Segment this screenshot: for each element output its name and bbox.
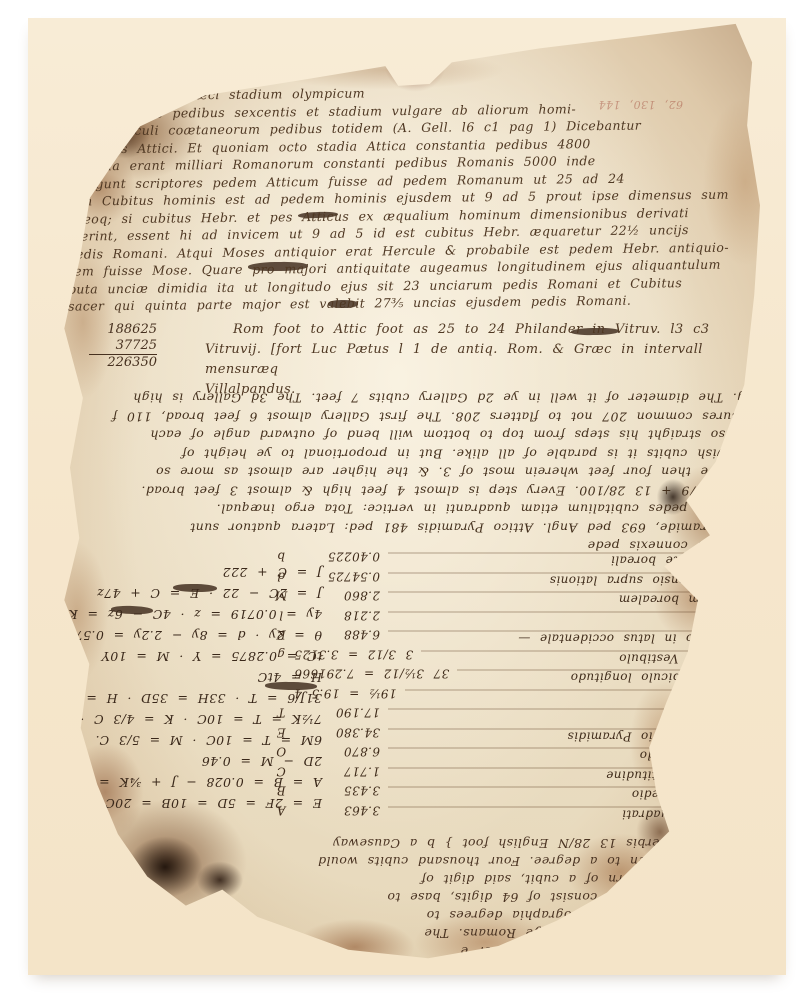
sum-addend-bottom: 37725 (89, 338, 157, 355)
manuscript-fragment: 62, 130, 144 ant Græci stadium olympicum… (55, 22, 770, 962)
inverted-line: which is consist of 64 digits, base to (217, 888, 667, 906)
measurement-label: cubiculi in medio Pyramidis (388, 729, 762, 744)
measurement-symbol: T (268, 706, 294, 720)
measurement-value: 19½ = 19.5 4 (294, 687, 397, 701)
sum-total: 226350 (107, 355, 157, 370)
photograph-background: 62, 130, 144 ant Græci stadium olympicum… (28, 18, 786, 975)
measurement-symbol: C (268, 765, 294, 779)
measurement-label: et ulnarum quadrati (388, 807, 762, 822)
measurement-symbol: B (268, 784, 294, 798)
measurement-symbol: l (268, 609, 294, 623)
measurement-value: 3 3/12 = 3.3125 (294, 648, 413, 662)
measurement-symbol: K (268, 628, 294, 642)
measurement-row: ad limitem borealem 2.860 M (268, 589, 768, 609)
measurement-value: 2.218 (294, 609, 380, 623)
measurement-value: 6.488 (294, 628, 380, 642)
charred-bottom-note: verbis 13 28/N English foot } b a Causew… (147, 834, 667, 960)
measurement-value: 17.190 (294, 706, 380, 720)
measurement-symbol: E (268, 726, 294, 740)
inverted-line: & in Pyramide, 693 ped Angl. Attico Pyra… (66, 518, 766, 537)
measurement-value: 0.54725 (294, 570, 380, 584)
measurement-value: 6.870 (294, 745, 380, 759)
measurement-label: a Vestibulo in latus occidentale — (388, 631, 762, 646)
measurement-symbol: g (268, 648, 294, 662)
seal-burn-spot (393, 46, 437, 86)
measurement-label: ad limitem borealem (388, 592, 762, 607)
measurement-row: a mensarum altitudine 1.717 C (268, 765, 768, 785)
inverted-line: six horn of a cubit, said digit of (195, 870, 667, 888)
measurement-value: 3.463 (294, 804, 380, 818)
measurement-row: camerata in medio 3.435 B (268, 784, 768, 804)
inverted-line: long. The diameter of it well in ye 2d G… (60, 388, 766, 407)
measurement-row: et ulnarum quadrati 3.463 A (268, 804, 768, 824)
measurement-row: altitudo limite boreali 0.40225 b (268, 550, 768, 570)
measurement-label: altitudo limite boreali (388, 553, 762, 568)
measurement-value: 34.380 (294, 726, 380, 740)
inverted-line: or Arabia Geographia degrees to (243, 906, 667, 924)
manuscript-line: Vitruvij. [fort Luc Pætus l 1 de antiq. … (205, 340, 780, 380)
addition-figures: 188625 37725 226350 (89, 322, 157, 371)
measurement-value: 2.860 (294, 589, 380, 603)
measurement-row: 2.218 l (268, 609, 768, 629)
measurement-row: a cubito cubiculo longitudo 37 3½/12 = 7… (268, 667, 768, 687)
inverted-line: measures common 207 not to flatters 208.… (66, 407, 766, 426)
measurement-row: a Vestibulo in latus occidentale — 6.488… (268, 628, 768, 648)
inverted-line: Ptolemy goes to ye Romans. The (263, 924, 667, 942)
inverted-line: taken to a degree. Four thousand cubits … (161, 852, 667, 870)
latin-text-block: ant Græci stadium olympicumHerculis pedi… (66, 80, 760, 315)
measurement-value: 1.717 (294, 765, 380, 779)
measurement-label: a sedium latitudo (388, 748, 762, 763)
inverted-paragraph: long. The diameter of it well in ye 2d G… (60, 388, 766, 555)
measurement-row: exterius et Vestibulo 3 3/12 = 3.3125 g (268, 648, 768, 668)
inverted-line: verbis 13 28/N English foot } b a Causew… (147, 834, 667, 852)
manuscript-line: Rom foot to Attic foot as 25 to 24 Phila… (205, 320, 780, 340)
measurement-value: 3.435 (294, 784, 380, 798)
inverted-line: rose & dimension (Higher e (285, 942, 667, 960)
measurement-label: Quæ conscensio supra lationis (388, 573, 762, 588)
measurement-symbol: M (268, 589, 294, 603)
inverted-line: are more then four feet wherein most of … (60, 462, 766, 481)
measurement-label: exterius et Vestibulo (421, 651, 762, 666)
measurement-symbol: O (268, 745, 294, 759)
ink-blot (103, 113, 149, 122)
measurement-value: 0.40225 (294, 550, 380, 564)
measurement-row: ejusdem 17.190 T (268, 706, 768, 726)
measurement-label: a cubito cubiculo longitudo (457, 670, 762, 685)
measurement-label (405, 690, 762, 691)
inverted-line: within 2079 + 13 28/100. Every step is a… (66, 481, 766, 500)
measurement-symbol: b (268, 550, 294, 564)
measurement-label (388, 612, 762, 613)
measurement-label: camerata in medio (388, 787, 762, 802)
inverted-line: æquilibra. pedes cubitalium etiam quadra… (60, 499, 766, 518)
inverted-line: each so straight his steps from top to b… (60, 425, 766, 444)
measurement-symbol: d (268, 570, 294, 584)
sum-addend-top: 188625 (107, 322, 157, 337)
measurement-row: Quæ conscensio supra lationis 0.54725 d (268, 570, 768, 590)
measurement-label: a mensarum altitudine (388, 768, 762, 783)
measurement-value: 37 3½/12 = 7.291666 (294, 667, 449, 681)
measurement-row: cubiculi in medio Pyramidis 34.380 E (268, 726, 768, 746)
measurement-table: altitudo limite boreali 0.40225 b Quæ co… (268, 550, 768, 823)
measurement-row: a sedium latitudo 6.870 O (268, 745, 768, 765)
measurement-label: ejusdem (388, 709, 762, 724)
measurement-symbol: A (268, 804, 294, 818)
inverted-line: by Jewish cubits it is parable of all al… (66, 444, 766, 463)
measurement-row: 19½ = 19.5 4 (268, 687, 768, 707)
